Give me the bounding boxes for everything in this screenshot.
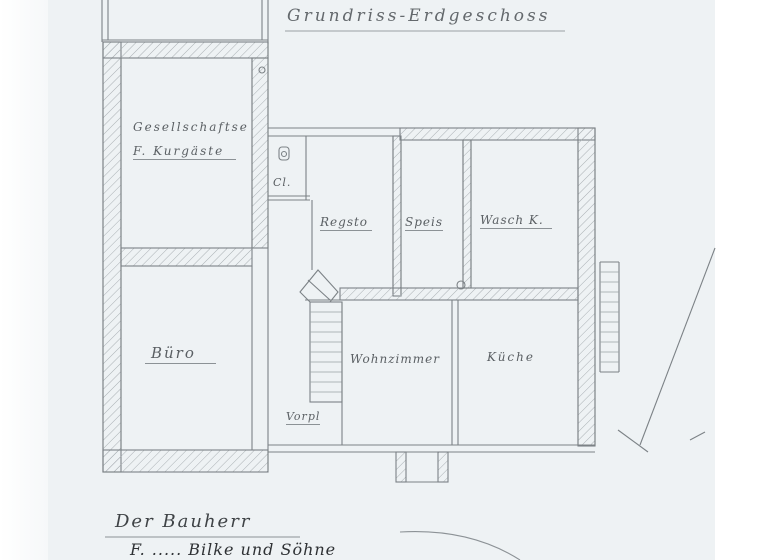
signature-line: F. ..... Bilke und Söhne [130, 540, 336, 559]
upper-annex-walls [102, 0, 268, 44]
room-label-cl: Cl. [273, 176, 291, 189]
room-label-wohnzimmer: Wohnzimmer [350, 352, 440, 366]
floor-plan-drawing [0, 0, 768, 560]
room-label-regist: Regsto [320, 215, 372, 231]
room-label-speis: Speis [405, 215, 443, 231]
room-label-waschk: Wasch K. [480, 213, 552, 229]
signature-heading: Der Bauherr [115, 511, 251, 532]
room-label-gesellschaftsraum: Gesellschaftse [133, 120, 249, 134]
room-label-buero: Büro [145, 344, 216, 364]
room-label-kueche: Küche [487, 350, 535, 364]
room-label-kurgaeste: F. Kurgäste [133, 144, 236, 160]
plan-title: Grundriss-Erdgeschoss [287, 6, 550, 26]
room-label-vorplatz: Vorpl [286, 410, 320, 425]
